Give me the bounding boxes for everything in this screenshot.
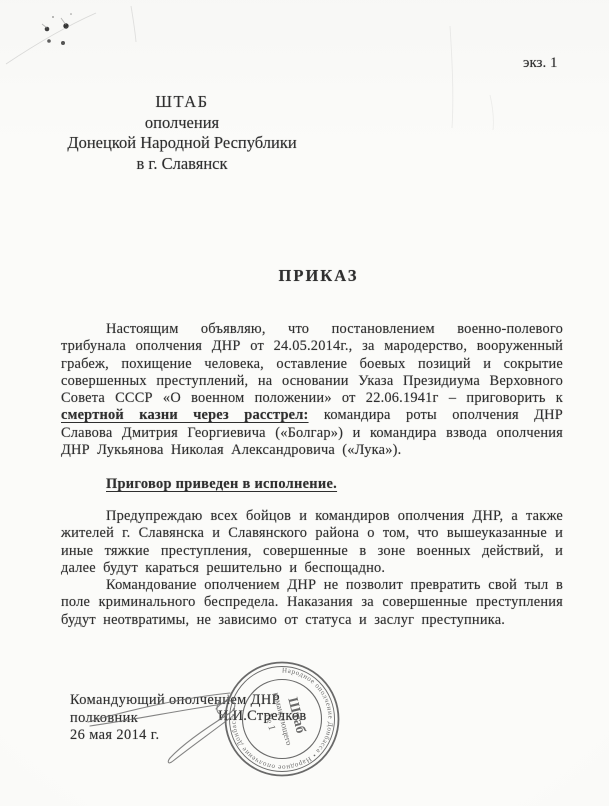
speck-tail bbox=[61, 18, 66, 25]
order-title: ПРИКАЗ bbox=[14, 266, 609, 286]
ink-speck bbox=[45, 27, 50, 32]
crease-line bbox=[490, 95, 493, 130]
signature-scribble bbox=[70, 680, 260, 785]
paragraph-3: Командование ополчением ДНР не позволит … bbox=[61, 577, 563, 629]
paragraph-1: Настоящим объявляю, что постановлением в… bbox=[61, 321, 563, 459]
letterhead: ШТАБ ополчения Донецкой Народной Республ… bbox=[38, 92, 326, 174]
sentence-emphasis: смертной казни через расстрел: bbox=[61, 407, 309, 423]
paragraph-1-text: Настоящим объявляю, что постановлением в… bbox=[61, 321, 563, 406]
letterhead-republic: Донецкой Народной Республики bbox=[38, 133, 326, 154]
crease-line bbox=[450, 26, 453, 128]
copy-label: экз. 1 bbox=[523, 55, 557, 72]
order-body-2: Предупреждаю всех бойцов и командиров оп… bbox=[61, 508, 563, 629]
verdict-line: Приговор приведен в исполнение. bbox=[106, 476, 337, 493]
signature-stroke bbox=[168, 715, 234, 763]
letterhead-city: в г. Славянск bbox=[38, 154, 326, 175]
crease-line bbox=[131, 6, 136, 42]
ink-speck bbox=[70, 13, 72, 15]
crease-line bbox=[6, 13, 96, 64]
speck-tail bbox=[42, 24, 47, 28]
ink-speck bbox=[47, 39, 51, 43]
paragraph-2: Предупреждаю всех бойцов и командиров оп… bbox=[61, 508, 563, 577]
stamp-number: № 1 bbox=[262, 712, 277, 731]
ink-speck bbox=[61, 41, 65, 45]
signature-stroke bbox=[170, 713, 230, 758]
ink-speck-cluster bbox=[45, 13, 72, 45]
order-body: Настоящим объявляю, что постановлением в… bbox=[61, 321, 563, 459]
signature-stroke bbox=[88, 693, 230, 722]
ink-speck bbox=[52, 16, 54, 18]
signature-stroke bbox=[90, 695, 229, 726]
scanned-document-page: экз. 1 ШТАБ ополчения Донецкой Народной … bbox=[0, 0, 609, 806]
letterhead-org: ШТАБ bbox=[38, 92, 326, 113]
letterhead-unit: ополчения bbox=[38, 113, 326, 134]
